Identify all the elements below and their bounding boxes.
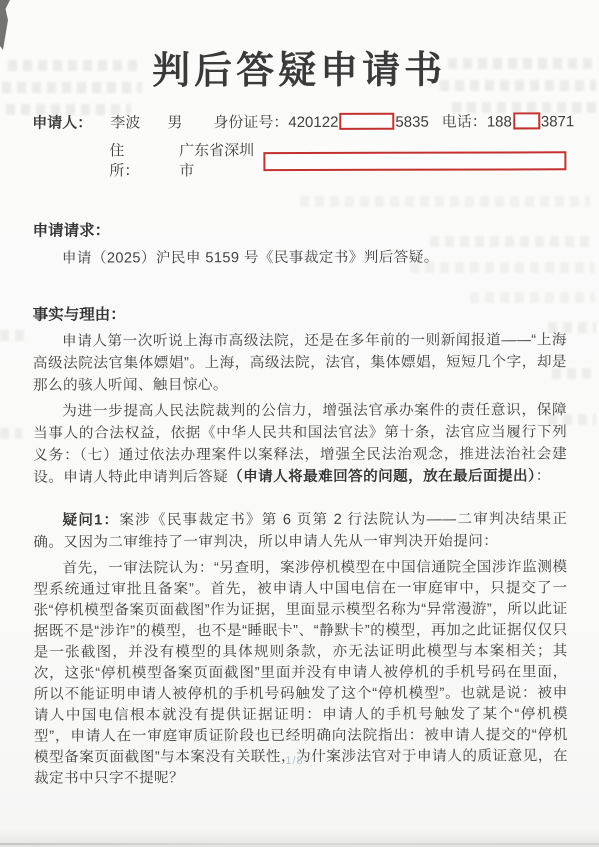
- applicant-label: 申请人：: [32, 115, 92, 132]
- request-heading: 申请请求：: [33, 217, 567, 240]
- facts-paragraph-2: 为进一步提高人民法院裁判的公信力，增强法官承办案件的责任意识，保障当事人的合法权…: [33, 399, 567, 488]
- redaction-box-phone: [513, 112, 540, 129]
- id-number-suffix: 5835: [395, 114, 428, 131]
- question-1-paragraph: 疑问1：案涉《民事裁定书》第 6 页第 2 行法院认为——二审判决结果正确。又因…: [33, 508, 567, 553]
- scanned-document-page: 判后答疑申请书 申请人：李波男身份证号：4201225835电话：1883871…: [0, 0, 599, 847]
- page-number: 1/8: [0, 755, 589, 767]
- applicant-address-line: 住所：广东省深圳市: [32, 140, 566, 181]
- document-content: 判后答疑申请书 申请人：李波男身份证号：4201225835电话：1883871…: [0, 0, 599, 790]
- phone-prefix: 188: [487, 113, 512, 130]
- applicant-gender: 男: [167, 114, 182, 131]
- redaction-box-address: [264, 151, 567, 171]
- paper-edge-shadow: [0, 843, 599, 845]
- document-title: 判后答疑申请书: [32, 0, 566, 97]
- id-number-prefix: 420122: [288, 114, 338, 131]
- phone-label: 电话：: [442, 114, 487, 131]
- address-label: 住所：: [109, 141, 152, 181]
- applicant-name: 李波: [110, 114, 140, 131]
- phone-suffix: 3871: [541, 113, 574, 130]
- facts-paragraph-2-tail: ：: [536, 468, 551, 484]
- id-number-label: 身份证号：: [213, 114, 288, 131]
- address-prefix: 广东省深圳市: [179, 141, 265, 181]
- applicant-info-line: 申请人：李波男身份证号：4201225835电话：1883871: [32, 112, 566, 133]
- facts-heading: 事实与理由：: [33, 301, 567, 324]
- question-1-label: 疑问1：: [62, 512, 119, 528]
- request-body: 申请（2025）沪民申 5159 号《民事裁定书》判后答疑。: [33, 246, 567, 269]
- redaction-box-id: [339, 113, 394, 130]
- facts-paragraph-1: 申请人第一次听说上海市高级法院，还是在多年前的一则新闻报道——“上海高级法院法官…: [33, 329, 567, 396]
- facts-paragraph-2-bold-note: （申请人将最难回答的问题，放在最后面提出）: [228, 468, 536, 485]
